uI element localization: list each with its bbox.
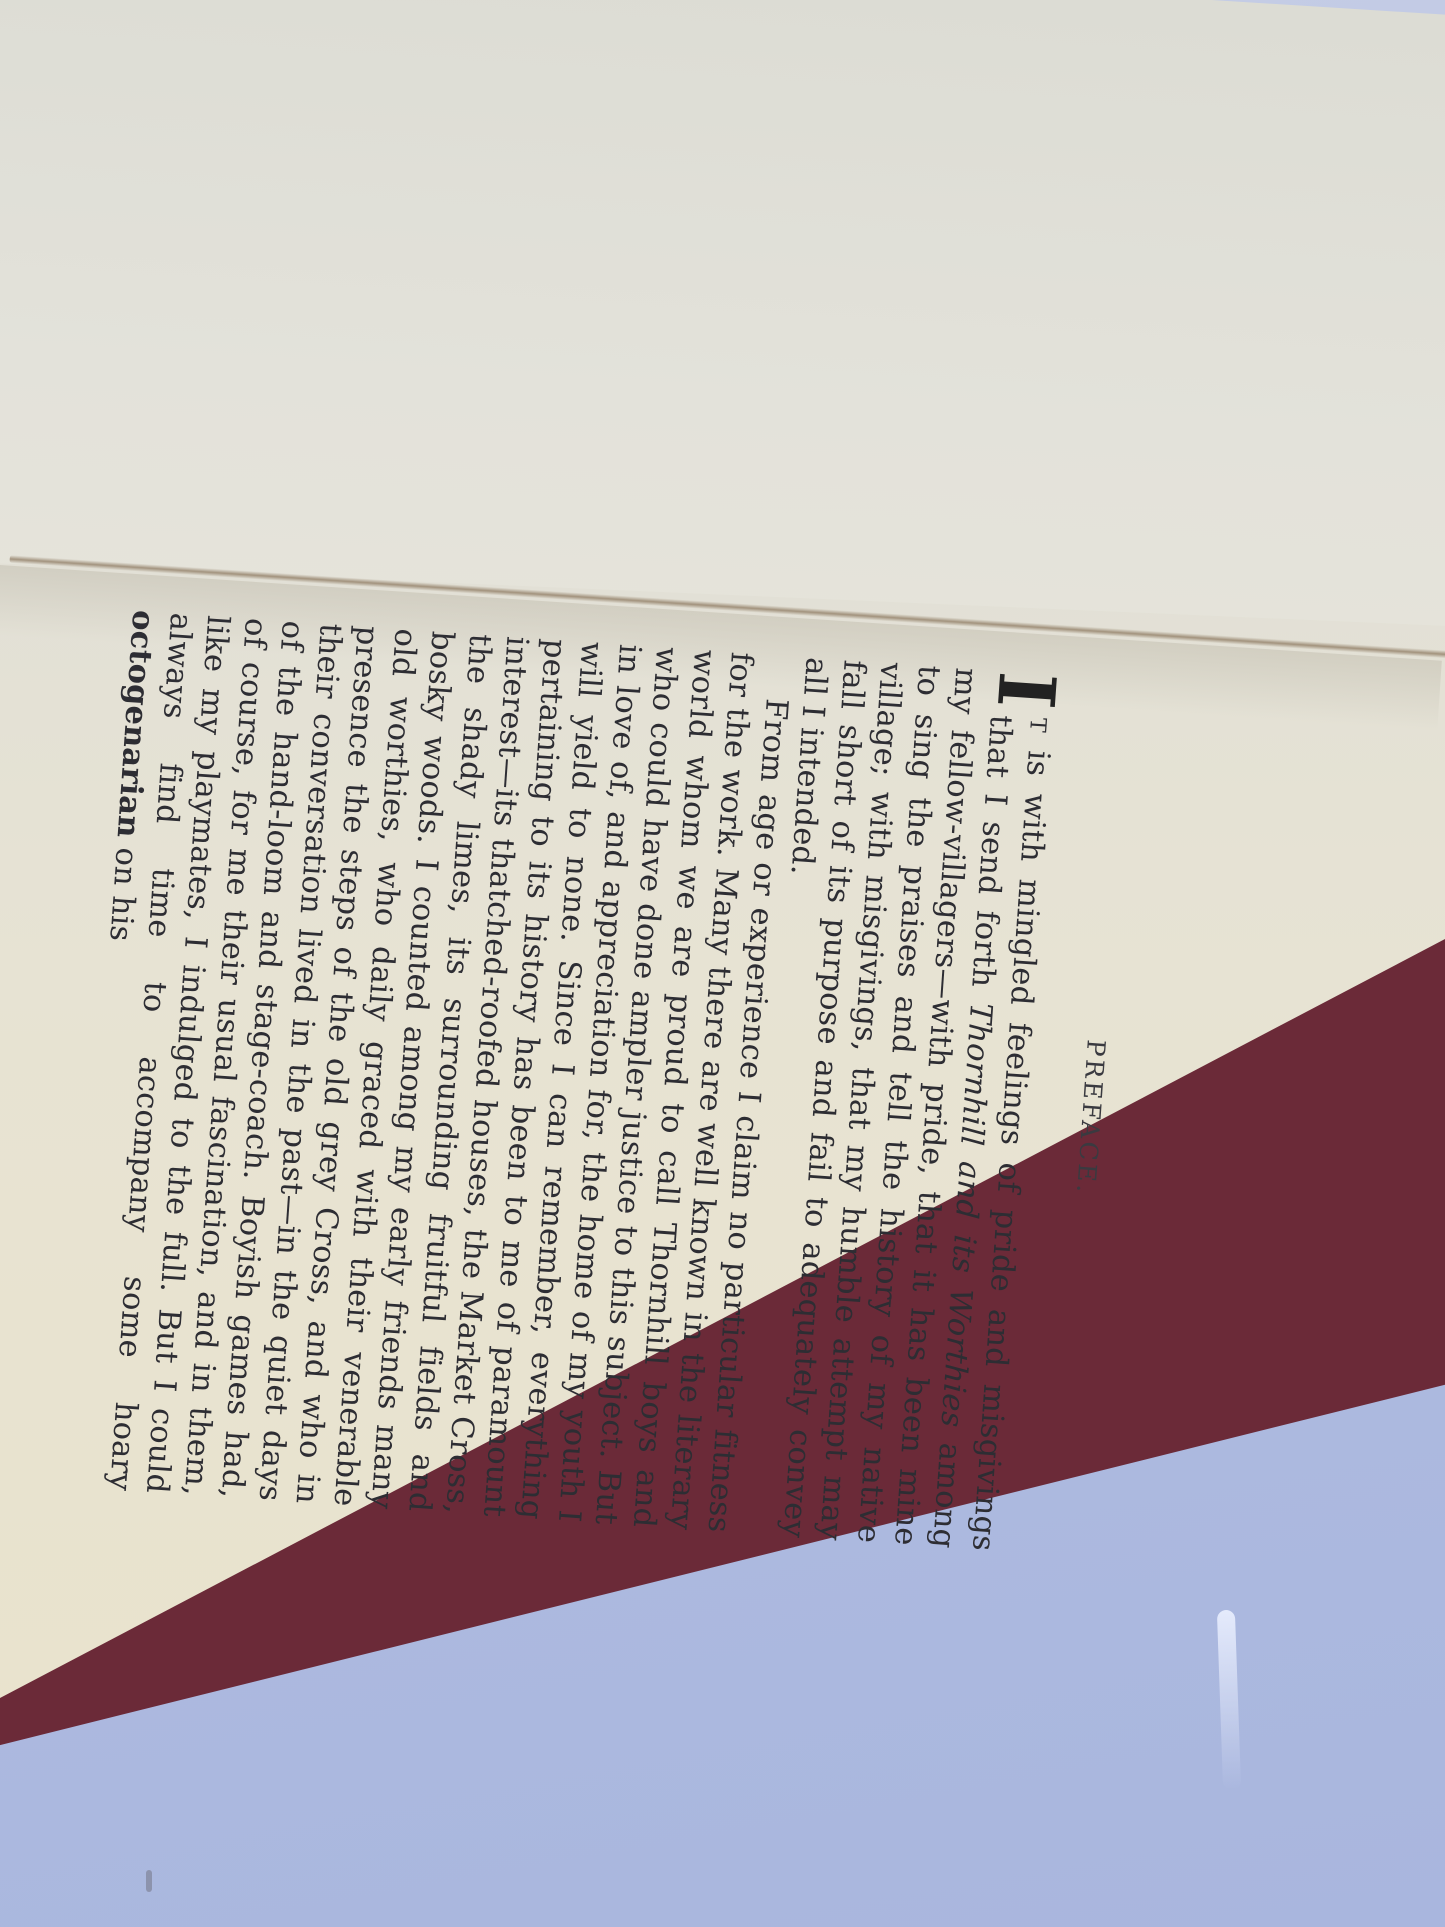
- drop-cap: I: [992, 670, 1058, 711]
- paragraph-2-tail: on his: [103, 837, 145, 943]
- paragraph-2: From age or experience I claim no partic…: [63, 609, 798, 1534]
- preface-text-block: PREFACE. IT is with mingled feelings of …: [63, 609, 1140, 1558]
- dust-speck: [146, 1870, 152, 1892]
- paragraph-2-text: From age or experience I claim no partic…: [102, 612, 794, 1534]
